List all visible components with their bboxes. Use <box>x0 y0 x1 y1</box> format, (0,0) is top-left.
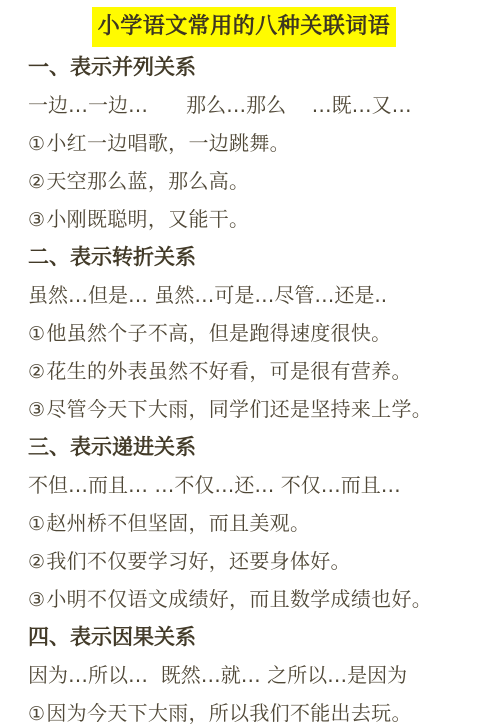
example-number: ① <box>28 133 45 155</box>
section-parallel: 一、表示并列关系 一边…一边… 那么…那么 …既…又… ①小红一边唱歌，一边跳舞… <box>28 48 500 238</box>
example-text: 小刚既聪明，又能干。 <box>46 207 249 231</box>
page-title: 小学语文常用的八种关联词语 <box>92 7 397 47</box>
example-text: 尽管今天下大雨，同学们还是坚持来上学。 <box>46 397 432 421</box>
document-body: 一、表示并列关系 一边…一边… 那么…那么 …既…又… ①小红一边唱歌，一边跳舞… <box>28 48 500 724</box>
example-number: ③ <box>28 589 45 611</box>
example-item: ③小刚既聪明，又能干。 <box>28 200 500 238</box>
example-item: ①小红一边唱歌，一边跳舞。 <box>28 124 500 162</box>
title-container: 小学语文常用的八种关联词语 <box>0 7 500 47</box>
section-contrast: 二、表示转折关系 虽然…但是… 虽然…可是…尽管…还是.. ①他虽然个子不高，但… <box>28 238 500 428</box>
example-text: 我们不仅要学习好，还要身体好。 <box>46 549 351 573</box>
example-item: ①因为今天下大雨，所以我们不能出去玩。 <box>28 694 500 724</box>
example-number: ③ <box>28 209 45 231</box>
connectives-line: 因为…所以… 既然…就… 之所以…是因为 <box>28 656 500 694</box>
connectives-line: 虽然…但是… 虽然…可是…尽管…还是.. <box>28 276 500 314</box>
example-item: ②花生的外表虽然不好看，可是很有营养。 <box>28 352 500 390</box>
connectives-line: 一边…一边… 那么…那么 …既…又… <box>28 86 500 124</box>
section-cause-effect: 四、表示因果关系 因为…所以… 既然…就… 之所以…是因为 ①因为今天下大雨，所… <box>28 618 500 724</box>
example-text: 小红一边唱歌，一边跳舞。 <box>46 131 290 155</box>
example-number: ① <box>28 513 45 535</box>
example-text: 他虽然个子不高，但是跑得速度很快。 <box>46 321 391 345</box>
example-text: 赵州桥不但坚固，而且美观。 <box>46 511 310 535</box>
example-item: ③小明不仅语文成绩好，而且数学成绩也好。 <box>28 580 500 618</box>
section-heading: 三、表示递进关系 <box>28 428 500 466</box>
example-item: ③尽管今天下大雨，同学们还是坚持来上学。 <box>28 390 500 428</box>
example-item: ②天空那么蓝，那么高。 <box>28 162 500 200</box>
connectives-line: 不但…而且… …不仅…还… 不仅…而且… <box>28 466 500 504</box>
section-heading: 四、表示因果关系 <box>28 618 500 656</box>
example-item: ①赵州桥不但坚固，而且美观。 <box>28 504 500 542</box>
example-text: 花生的外表虽然不好看，可是很有营养。 <box>46 359 411 383</box>
example-text: 天空那么蓝，那么高。 <box>46 169 249 193</box>
section-progressive: 三、表示递进关系 不但…而且… …不仅…还… 不仅…而且… ①赵州桥不但坚固，而… <box>28 428 500 618</box>
example-number: ② <box>28 551 45 573</box>
section-heading: 一、表示并列关系 <box>28 48 500 86</box>
example-number: ① <box>28 703 45 724</box>
example-number: ① <box>28 323 45 345</box>
example-number: ③ <box>28 399 45 421</box>
example-number: ② <box>28 361 45 383</box>
example-number: ② <box>28 171 45 193</box>
example-item: ②我们不仅要学习好，还要身体好。 <box>28 542 500 580</box>
example-text: 因为今天下大雨，所以我们不能出去玩。 <box>46 701 411 724</box>
example-text: 小明不仅语文成绩好，而且数学成绩也好。 <box>46 587 432 611</box>
example-item: ①他虽然个子不高，但是跑得速度很快。 <box>28 314 500 352</box>
section-heading: 二、表示转折关系 <box>28 238 500 276</box>
